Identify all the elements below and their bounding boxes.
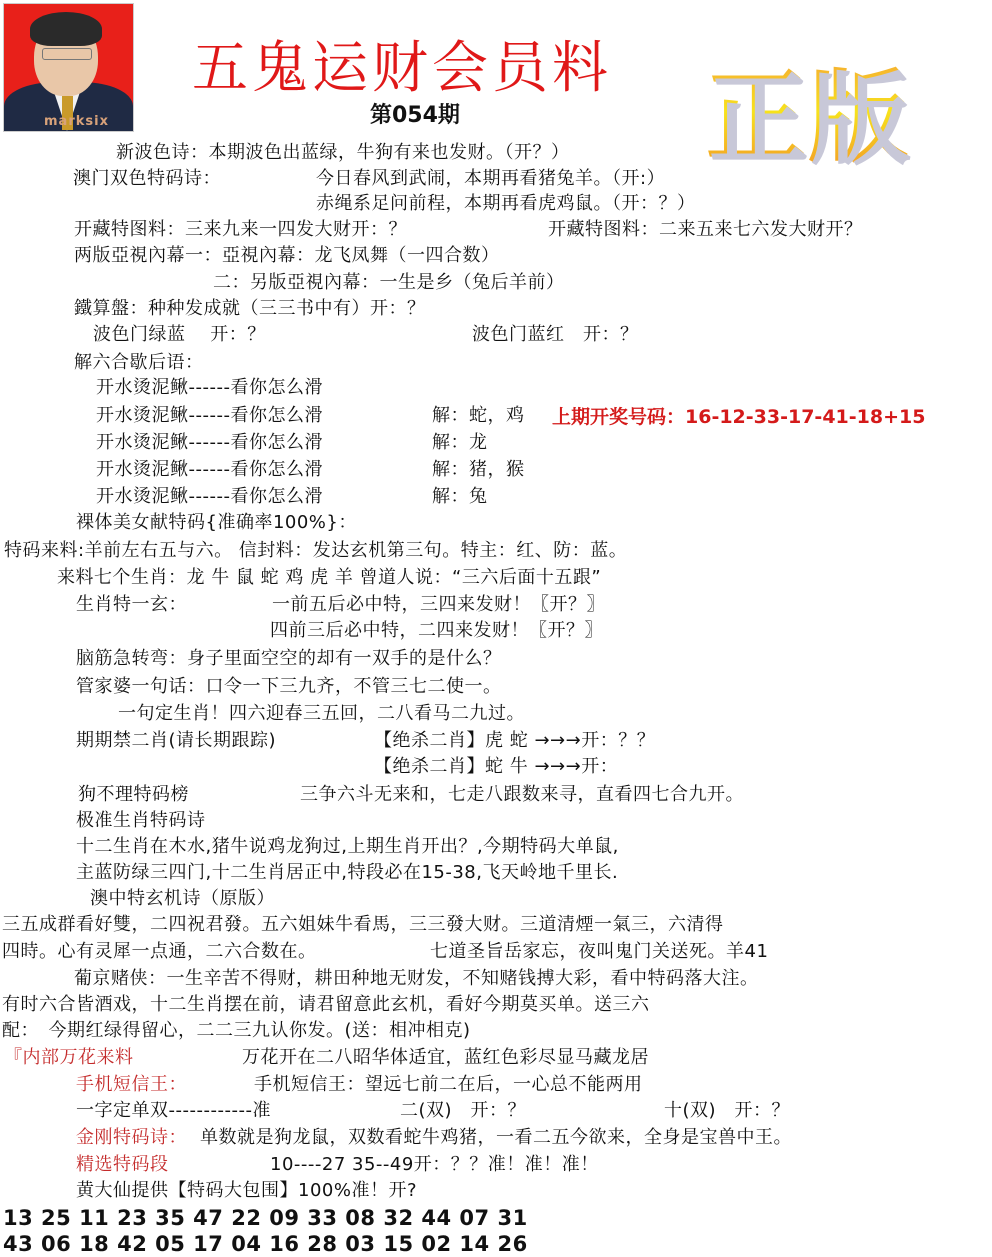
line-accurate-poem-2: 主蓝防绿三四门,十二生肖居正中,特段必在15-38,飞天岭地千里长. xyxy=(76,862,618,884)
line-hidden-chart-1: 开藏特图料：三来九来一四发大财开：？ xyxy=(74,219,407,241)
portrait-hair xyxy=(30,12,102,46)
line-insider-flower-poem: 万花开在二八昭华体适宜，蓝红色彩尽显马藏龙居 xyxy=(242,1047,649,1069)
portrait-photo: marksix xyxy=(3,3,134,132)
genuine-badge: 正版 xyxy=(706,62,910,172)
line-macau-poem-1: 今日春风到武闹，本期再看猪兔羊。（开:） xyxy=(316,168,665,190)
line-brain-teaser: 脑筋急转弯：身子里面空空的却有一双手的是什么？ xyxy=(76,648,502,670)
line-wave-blue-red: 波色门蓝红 开：？ xyxy=(472,324,639,346)
line-macau-mystery-2b: 七道圣旨岳家忘，夜叫鬼门关送死。羊41 xyxy=(430,941,768,963)
line-special-source: 特码来料:羊前左右五与六。 信封料：发达玄机第三句。特主：红、防：蓝。 xyxy=(4,540,627,562)
last-draw-label: 上期开奖号码： xyxy=(552,406,685,428)
line-special-code-offer: 裸体美女献特码{准确率100%}： xyxy=(76,512,357,534)
line-goubuli-poem: 三争六斗无来和，七走八跟数来寻，直看四七合九开。 xyxy=(300,784,744,806)
last-draw-result: 上期开奖号码：16-12-33-17-41-18+15 xyxy=(552,405,925,429)
line-gambler-poem-3: 配： 今期红绿得留心，二二三九认你发。(送：相冲相克) xyxy=(2,1020,471,1042)
riddle-2: 开水烫泥鳅------看你怎么滑 xyxy=(96,405,323,427)
last-draw-numbers: 16-12-33-17-41-18+15 xyxy=(685,406,925,428)
line-insider-flower-label: 『内部万花来料 xyxy=(4,1047,134,1069)
riddle-1: 开水烫泥鳅------看你怎么滑 xyxy=(96,377,323,399)
photo-watermark: marksix xyxy=(44,114,109,129)
line-one-zodiac: 一句定生肖！四六迎春三五回，二八看马二九过。 xyxy=(118,703,525,725)
line-ban-two-1: 【绝杀二肖】虎 蛇 →→→开：？？ xyxy=(374,730,655,752)
line-atv-insider-1: 两版亞視內幕一：亞視內幕：龙飞凤舞（一四合数） xyxy=(74,245,500,267)
page-title: 五鬼运财会员料 xyxy=(192,36,612,102)
line-macau-mystery-1: 三五成群看好雙，二四祝君發。五六姐妹牛看馬，三三發大财。三道清煙一氣三，六清得 xyxy=(2,914,724,936)
portrait-glasses xyxy=(42,48,92,60)
line-zodiac-mystery-2: 四前三后必中特，二四来发财！〖开？〗 xyxy=(270,620,603,642)
line-new-wave-poem: 新波色诗：本期波色出蓝绿，牛狗有来也发财。（开？） xyxy=(116,142,570,164)
line-macau-poem-2: 赤绳系足问前程，本期再看虎鸡鼠。（开：？） xyxy=(316,193,696,215)
line-odd-even-2: 二(双) 开：？ xyxy=(400,1100,526,1122)
issue-number: 第054期 xyxy=(370,102,460,130)
line-sms-king-text: 手机短信王：望远七前二在后，一心总不能两用 xyxy=(254,1074,643,1096)
line-housekeeper: 管家婆一句话：口令一下三九齐，不管三七二使一。 xyxy=(76,676,502,698)
riddle-3-answer: 解：龙 xyxy=(432,432,488,454)
line-zodiac-mystery-1: 一前五后必中特，三四来发财！〖开？〗 xyxy=(272,594,605,616)
line-sms-king-label: 手机短信王： xyxy=(76,1074,187,1096)
riddle-5: 开水烫泥鳅------看你怎么滑 xyxy=(96,486,323,508)
line-odd-even: 一字定单双------------准 xyxy=(76,1100,271,1122)
line-diamond-poem-label: 金刚特码诗： xyxy=(76,1127,187,1149)
line-selected-range-label: 精选特码段 xyxy=(76,1154,169,1176)
line-selected-range: 10----27 35--49开：？？准！准！准！ xyxy=(270,1154,599,1176)
line-odd-even-10: 十(双) 开：？ xyxy=(664,1100,790,1122)
line-gambler-poem-2: 有时六合皆酒戏，十二生肖摆在前，请君留意此玄机，看好今期莫买单。送三六 xyxy=(2,994,650,1016)
line-macau-label: 澳门双色特码诗： xyxy=(73,168,221,190)
line-accurate-poem-title: 极准生肖特码诗 xyxy=(76,810,206,832)
line-ban-two-2: 【绝杀二肖】蛇 牛 →→→开： xyxy=(374,756,618,778)
line-zodiac-mystery-label: 生肖特一玄： xyxy=(76,594,187,616)
riddle-2-answer: 解：蛇，鸡 xyxy=(432,405,525,427)
line-seven-zodiacs: 来料七个生肖：龙 牛 鼠 蛇 鸡 虎 羊 曾道人说：“三六后面十五跟” xyxy=(57,567,601,589)
line-accurate-poem-1: 十二生肖在木水,猪牛说鸡龙狗过,上期生肖开出？,今期特码大单鼠, xyxy=(76,836,619,858)
number-row-2: 43 06 18 42 05 17 04 16 28 03 15 02 14 2… xyxy=(3,1232,528,1256)
number-row-1: 13 25 11 23 35 47 22 09 33 08 32 44 07 3… xyxy=(3,1206,528,1230)
line-goubuli-label: 狗不理特码榜 xyxy=(78,784,189,806)
line-wong-tai-sin: 黄大仙提供【特码大包围】100%准！开? xyxy=(76,1180,417,1202)
line-macau-mystery-2a: 四時。心有灵犀一点通，二六合数在。 xyxy=(2,941,317,963)
riddle-4: 开水烫泥鳅------看你怎么滑 xyxy=(96,459,323,481)
line-wave-green-blue: 波色门绿蓝 开：？ xyxy=(93,324,266,346)
riddle-5-answer: 解：兔 xyxy=(432,486,488,508)
line-hidden-chart-2: 开藏特图料：二来五来七六发大财开？ xyxy=(548,219,863,241)
riddle-4-answer: 解：猪，猴 xyxy=(432,459,525,481)
riddle-3: 开水烫泥鳅------看你怎么滑 xyxy=(96,432,323,454)
line-riddle-heading: 解六合歇后语： xyxy=(74,352,204,374)
line-diamond-poem: 单数就是狗龙鼠，双数看蛇牛鸡猪，一看二五今欲来，全身是宝兽中王。 xyxy=(200,1127,792,1149)
line-ban-two-label: 期期禁二肖(请长期跟踪) xyxy=(76,730,276,752)
line-gambler-poem: 葡京赌侠：一生辛苦不得财，耕田种地无财发，不知赌钱搏大彩，看中特码落大注。 xyxy=(74,968,759,990)
line-atv-insider-2: 二：另版亞視內幕：一生是乡（兔后羊前） xyxy=(213,272,565,294)
line-abacus: 鐵算盤：种种发成就（三三书中有）开：？ xyxy=(74,298,426,320)
line-macau-mystery-title: 澳中特玄机诗（原版） xyxy=(90,888,275,910)
